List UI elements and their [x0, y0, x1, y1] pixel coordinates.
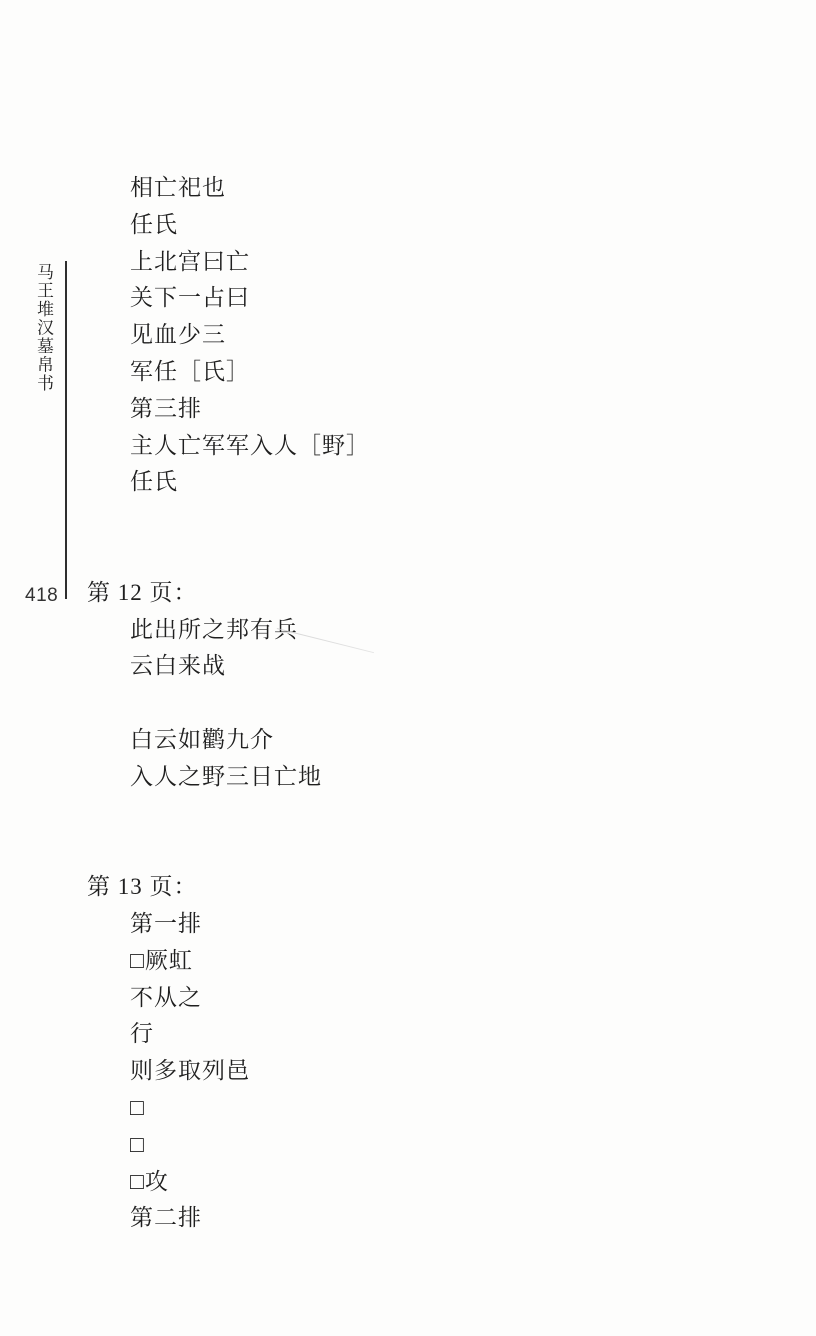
transcription-line: 第一排: [0, 906, 816, 943]
transcription-line: 白云如鹳九介: [0, 722, 816, 759]
section-header: 第 13 页：: [0, 869, 816, 906]
blank-line: [0, 685, 816, 722]
transcription-line: □: [0, 1127, 816, 1164]
transcription-line: 主人亡军军入人［野］: [0, 428, 816, 465]
transcription-line: 见血少三: [0, 317, 816, 354]
transcription-line: 不从之: [0, 980, 816, 1017]
transcription-line: 任氏: [0, 207, 816, 244]
section-header: 第 12 页：: [0, 575, 816, 612]
blank-line: [0, 538, 816, 575]
transcription-line: □攻: [0, 1164, 816, 1201]
book-page: 马王堆汉墓帛书 418 相亡祀也任氏上北宫曰亡关下一占曰见血少三军任［氏］第三排…: [0, 0, 816, 1336]
blank-line: [0, 832, 816, 869]
transcription-line: 则多取列邑: [0, 1053, 816, 1090]
transcription-line: 任氏: [0, 464, 816, 501]
transcription-content: 相亡祀也任氏上北宫曰亡关下一占曰见血少三军任［氏］第三排主人亡军军入人［野］任氏…: [0, 170, 816, 1237]
transcription-line: 第三排: [0, 391, 816, 428]
transcription-line: 相亡祀也: [0, 170, 816, 207]
transcription-line: 行: [0, 1016, 816, 1053]
transcription-line: 云白来战: [0, 648, 816, 685]
blank-line: [0, 501, 816, 538]
transcription-line: 此出所之邦有兵: [0, 612, 816, 649]
transcription-line: 入人之野三日亡地: [0, 759, 816, 796]
blank-line: [0, 796, 816, 833]
transcription-line: 军任［氏］: [0, 354, 816, 391]
transcription-line: □: [0, 1090, 816, 1127]
transcription-line: 关下一占曰: [0, 280, 816, 317]
transcription-line: □厥虹: [0, 943, 816, 980]
transcription-line: 上北宫曰亡: [0, 244, 816, 281]
transcription-line: 第二排: [0, 1200, 816, 1237]
